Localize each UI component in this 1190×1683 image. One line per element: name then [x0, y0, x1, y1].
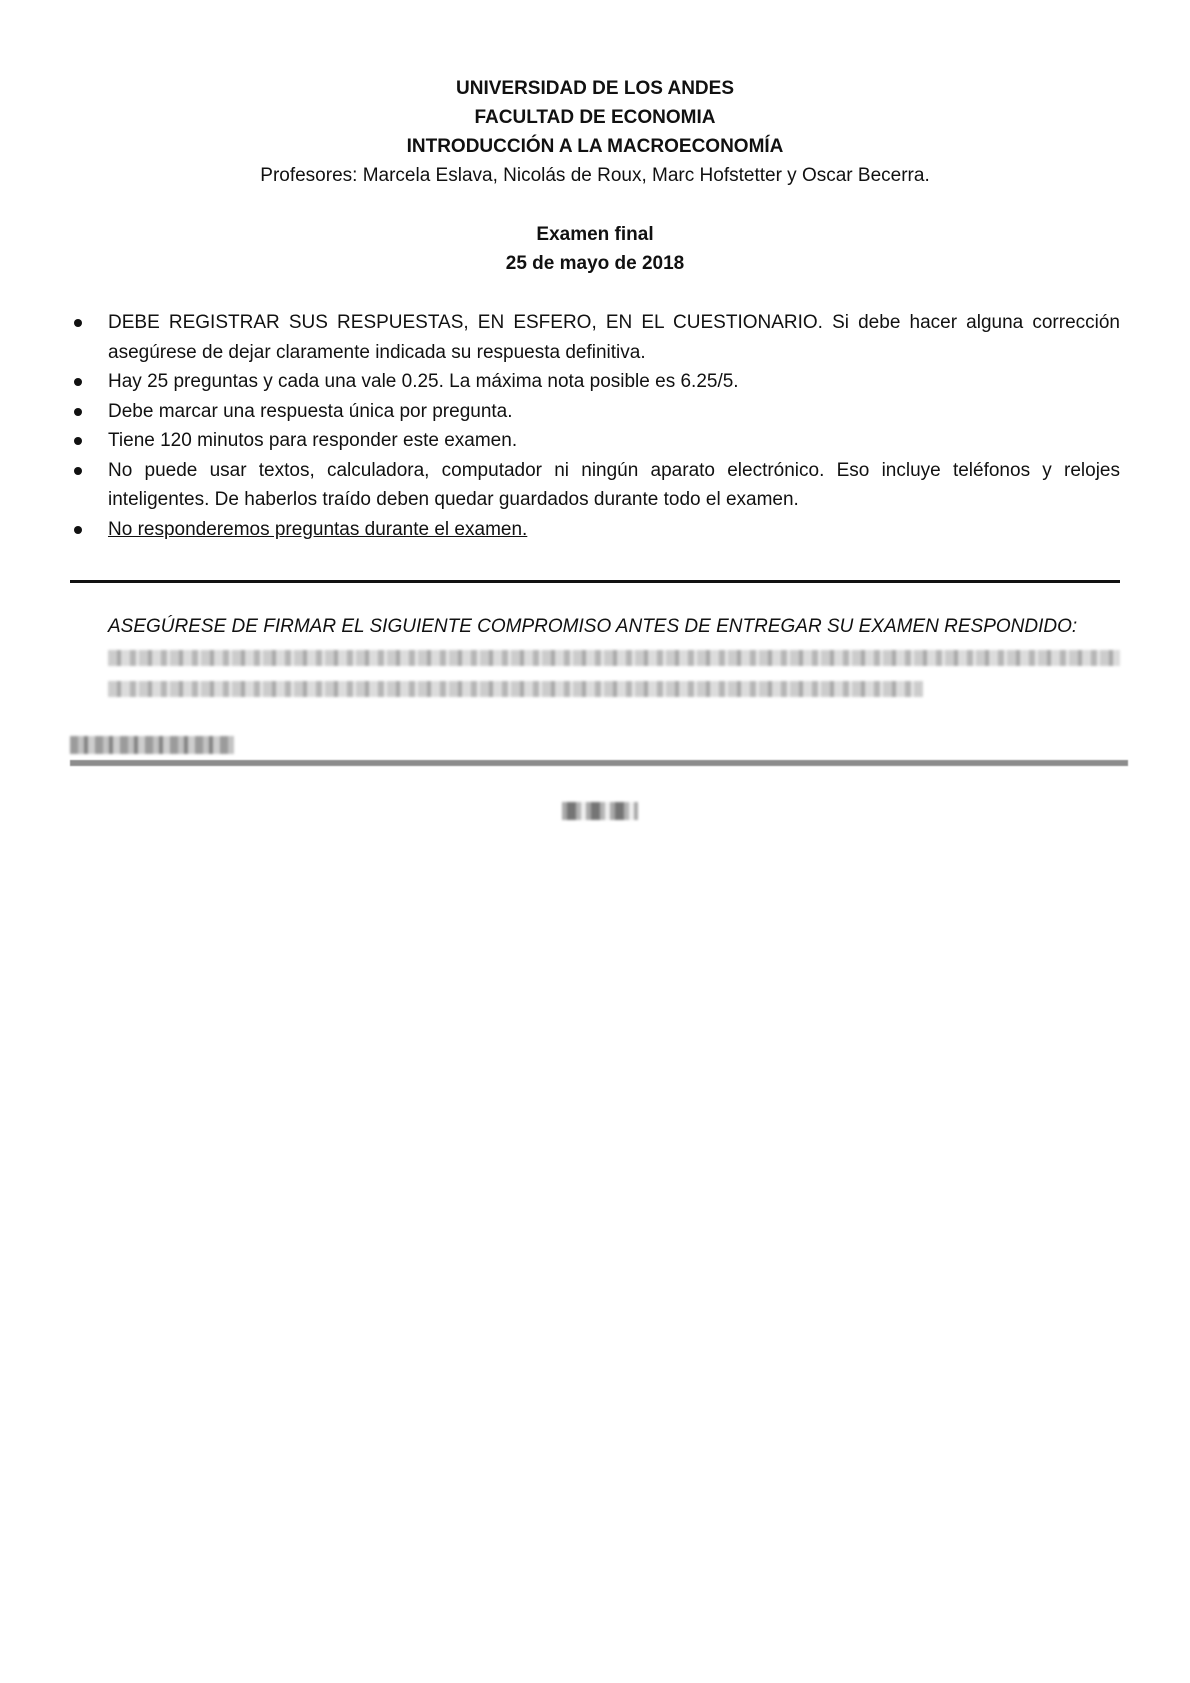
bullet-icon — [74, 408, 82, 416]
rule-item: Tiene 120 minutos para responder este ex… — [70, 426, 1120, 456]
bullet-icon — [74, 526, 82, 534]
document-header: UNIVERSIDAD DE LOS ANDES FACULTAD DE ECO… — [0, 74, 1190, 190]
exam-cover-page: UNIVERSIDAD DE LOS ANDES FACULTAD DE ECO… — [0, 0, 1190, 1683]
university-name: UNIVERSIDAD DE LOS ANDES — [0, 74, 1190, 103]
rule-item: Debe marcar una respuesta única por preg… — [70, 397, 1120, 427]
rule-item: Hay 25 preguntas y cada una vale 0.25. L… — [70, 367, 1120, 397]
rule-item: DEBE REGISTRAR SUS RESPUESTAS, EN ESFERO… — [70, 308, 1120, 367]
exam-title-block: Examen final 25 de mayo de 2018 — [0, 220, 1190, 278]
professors-line: Profesores: Marcela Eslava, Nicolás de R… — [0, 161, 1190, 190]
rule-item: No puede usar textos, calculadora, compu… — [70, 456, 1120, 515]
exam-title: Examen final — [0, 220, 1190, 249]
bullet-icon — [74, 467, 82, 475]
section-divider — [70, 580, 1120, 583]
bullet-icon — [74, 319, 82, 327]
rule-text: Hay 25 preguntas y cada una vale 0.25. L… — [108, 371, 739, 392]
faculty-name: FACULTAD DE ECONOMIA — [0, 103, 1190, 132]
rule-text: No responderemos preguntas durante el ex… — [108, 519, 527, 540]
rule-text: Debe marcar una respuesta única por preg… — [108, 401, 513, 422]
exam-rules-list: DEBE REGISTRAR SUS RESPUESTAS, EN ESFERO… — [70, 308, 1120, 544]
rule-item: No responderemos preguntas durante el ex… — [70, 515, 1120, 545]
pledge-text-redacted — [108, 650, 1120, 666]
rule-text: No puede usar textos, calculadora, compu… — [108, 460, 1120, 511]
exam-date: 25 de mayo de 2018 — [0, 249, 1190, 278]
bullet-icon — [74, 378, 82, 386]
signature-line — [70, 760, 1128, 766]
rule-text: DEBE REGISTRAR SUS RESPUESTAS, EN ESFERO… — [108, 312, 1120, 363]
footer-label-redacted — [562, 802, 638, 820]
pledge-heading: ASEGÚRESE DE FIRMAR EL SIGUIENTE COMPROM… — [108, 612, 1077, 641]
course-name: INTRODUCCIÓN A LA MACROECONOMÍA — [0, 132, 1190, 161]
bullet-icon — [74, 437, 82, 445]
signature-label-redacted — [70, 736, 234, 754]
rule-text: Tiene 120 minutos para responder este ex… — [108, 430, 517, 451]
pledge-text-redacted — [108, 681, 923, 697]
